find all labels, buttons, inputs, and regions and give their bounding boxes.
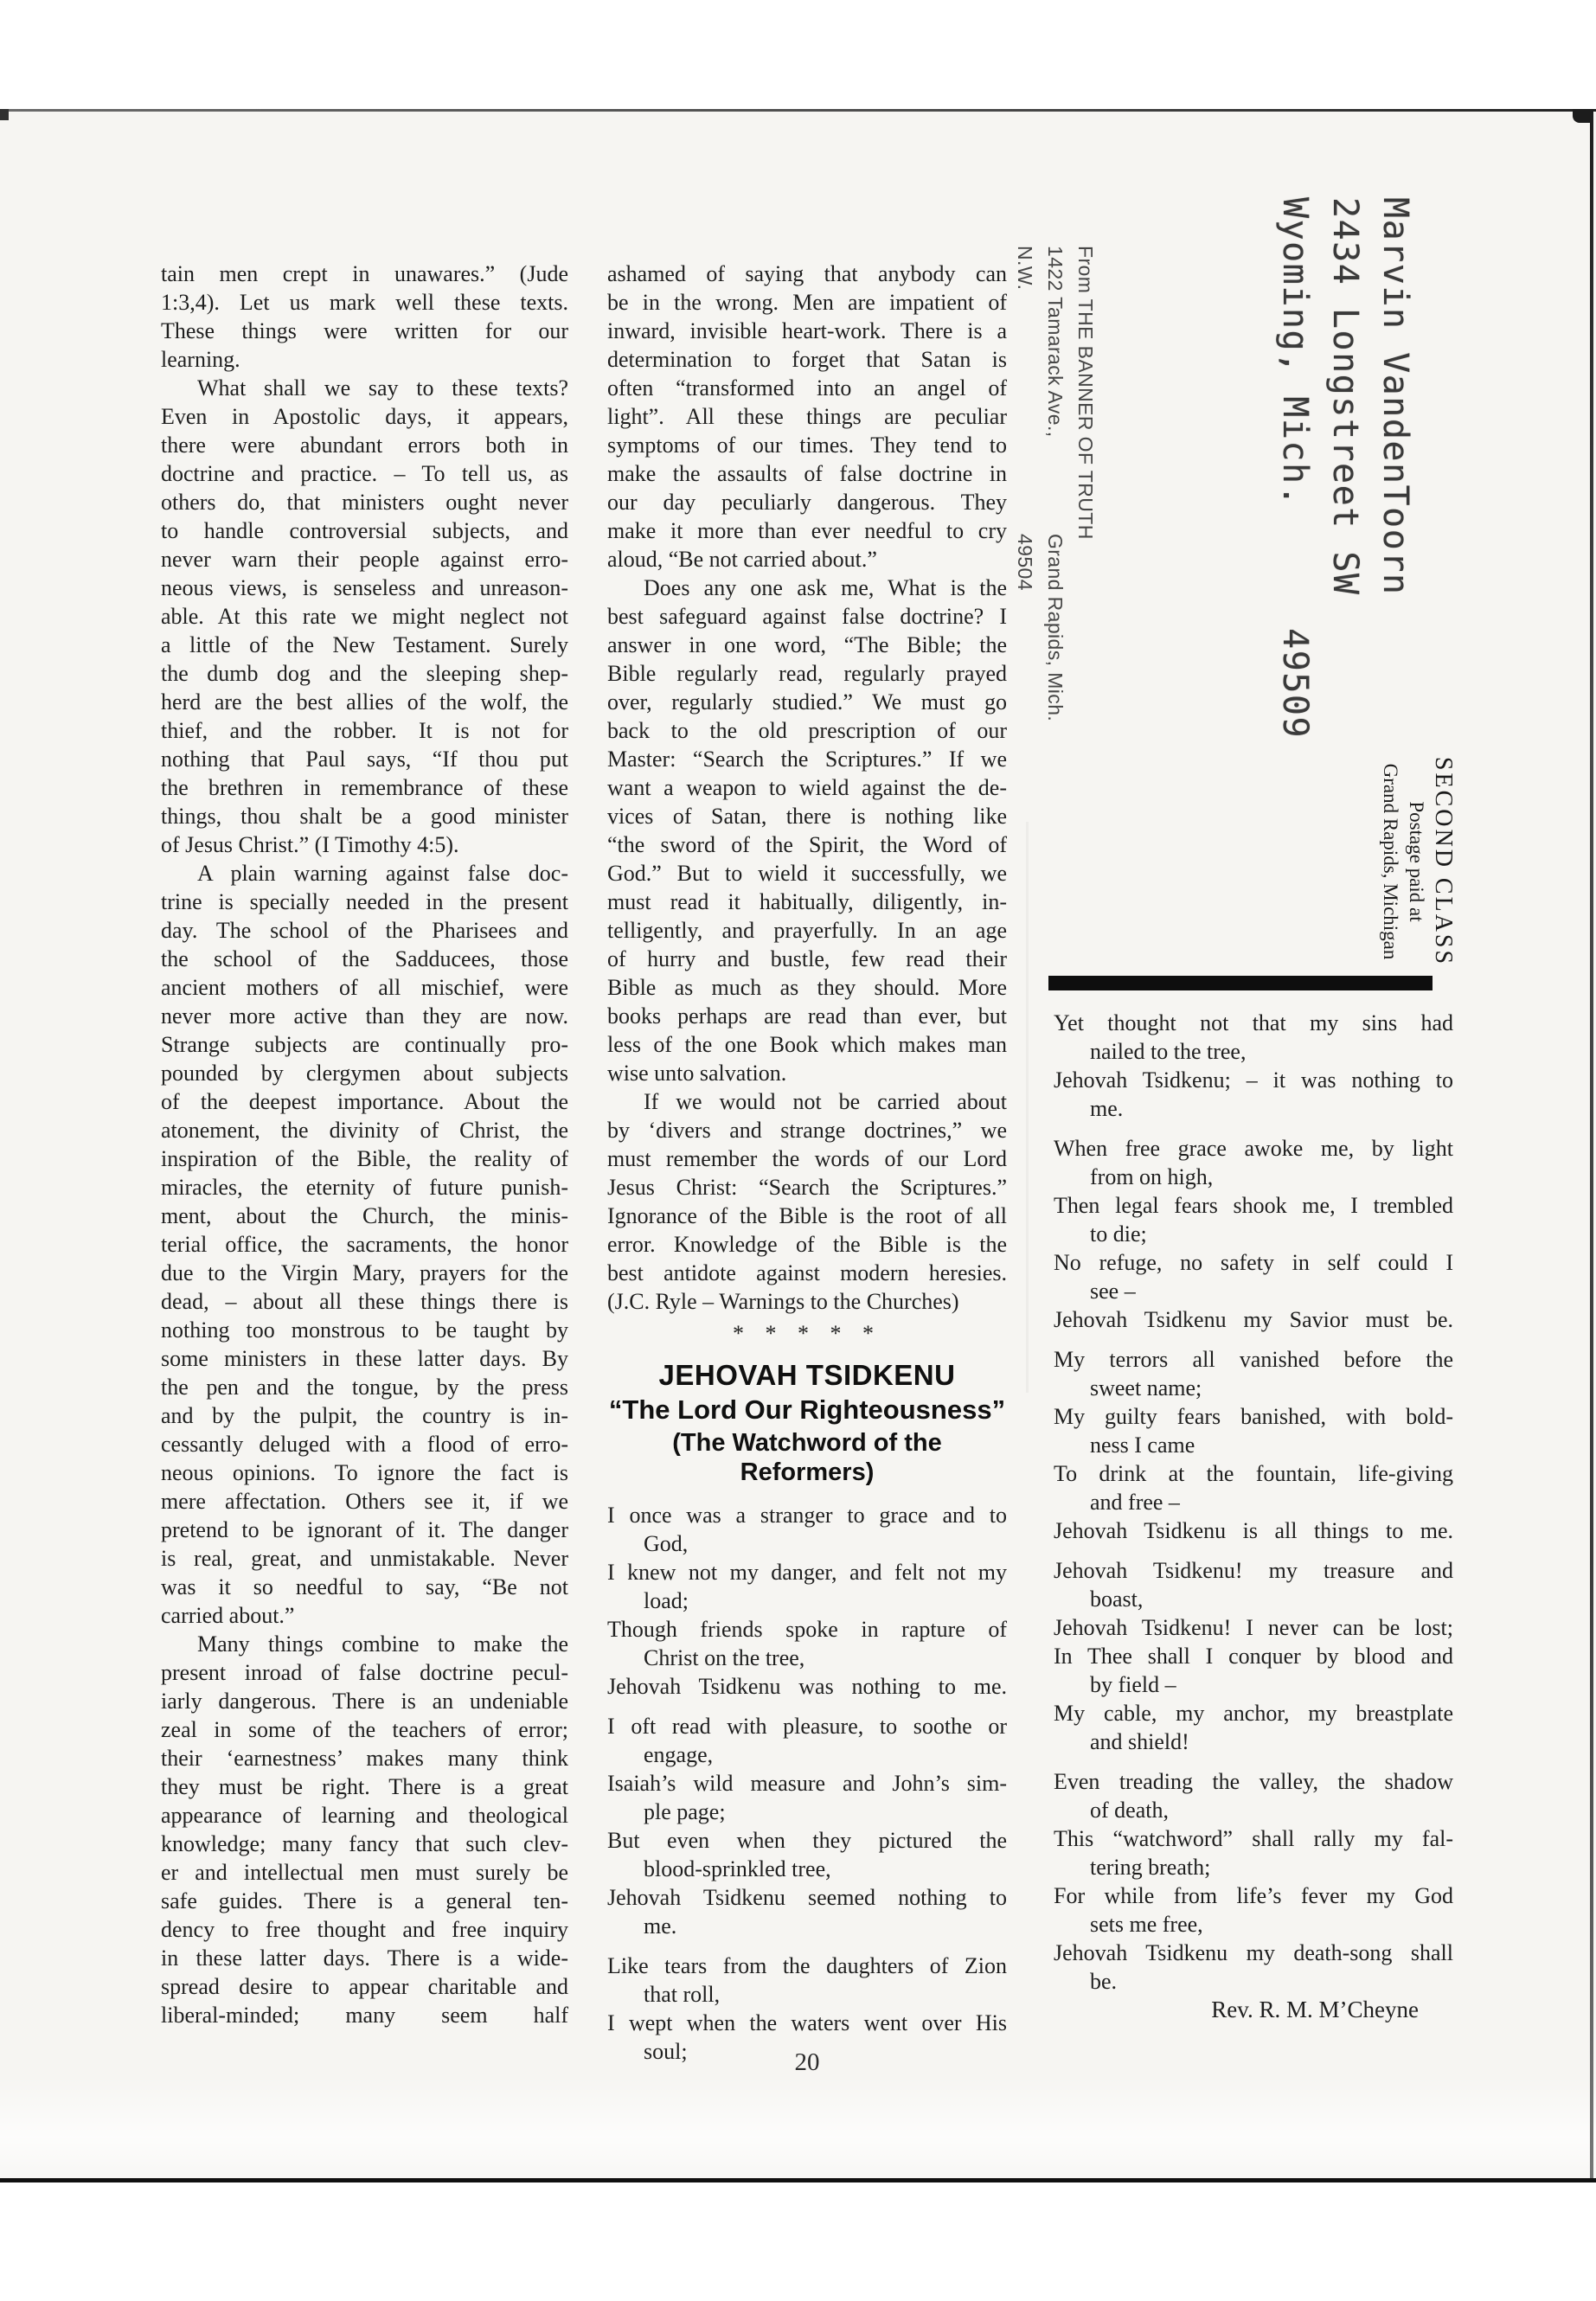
text-line: Bible regularly read, regularly prayed [607, 659, 1007, 688]
text-line: Christ on the tree, [607, 1644, 1007, 1672]
text-line: er and intellectual men must surely be [161, 1858, 568, 1887]
text-line: ment, about the Church, the minis- [161, 1202, 568, 1230]
text-line: Jehovah Tsidkenu my Savior must be. [1054, 1305, 1453, 1334]
poem-stanza: I oft read with pleasure, to soothe oren… [607, 1712, 1007, 1940]
text-line: Jehovah Tsidkenu was nothing to me. [607, 1672, 1007, 1701]
text-line: appearance of learning and theological [161, 1801, 568, 1830]
text-line: best antidote against modern heresies. [607, 1259, 1007, 1287]
text-line: terial office, the sacraments, the honor [161, 1230, 568, 1259]
text-line: tering breath; [1054, 1853, 1453, 1881]
text-line: be in the wrong. Men are impatient of [607, 288, 1007, 317]
text-line: safe guides. There is a general ten- [161, 1887, 568, 1915]
text-line: sets me free, [1054, 1910, 1453, 1939]
sender-line-1: From THE BANNER OF TRUTH [1070, 246, 1100, 782]
text-line: determination to forget that Satan is [607, 345, 1007, 374]
text-line: sweet name; [1054, 1374, 1453, 1402]
text-line: telligently, and prayerfully. In an age [607, 916, 1007, 945]
text-line: I knew not my danger, and felt not my [607, 1558, 1007, 1586]
poem-subtitle: “The Lord Our Righteousness” [607, 1394, 1007, 1425]
poem-attribution: Rev. R. M. M’Cheyne [1054, 1996, 1453, 2024]
text-line: ness I came [1054, 1431, 1453, 1459]
text-line: Many things combine to make the [161, 1630, 568, 1658]
text-line: things, thou shalt be a good minister [161, 802, 568, 830]
text-line: trine is specially needed in the present [161, 888, 568, 916]
text-line: want a weapon to wield against the de- [607, 773, 1007, 802]
text-line: atonement, the divinity of Christ, the [161, 1116, 568, 1144]
text-line: due to the Virgin Mary, prayers for the [161, 1259, 568, 1287]
text-line: some ministers in these latter days. By [161, 1344, 568, 1373]
text-line: God.” But to wield it successfully, we [607, 859, 1007, 888]
text-line: and free – [1054, 1488, 1453, 1516]
text-line: inward, invisible heart-work. There is a [607, 317, 1007, 345]
text-line: they must be right. There is a great [161, 1772, 568, 1801]
column-gutter-shade [1026, 822, 1029, 1393]
text-line: I once was a stranger to grace and to [607, 1501, 1007, 1529]
text-line: is real, great, and unmistakable. Never [161, 1544, 568, 1573]
text-line: In Thee shall I conquer by blood and [1054, 1642, 1453, 1670]
asterisk-divider: * * * * * [607, 1319, 1007, 1348]
text-line: boast, [1054, 1585, 1453, 1613]
text-line: answer in one word, “The Bible; the [607, 631, 1007, 659]
text-line: God, [607, 1529, 1007, 1558]
text-line: iarly dangerous. There is an undeniable [161, 1687, 568, 1715]
postage-class: SECOND CLASS [1429, 753, 1457, 971]
text-line: aloud, “Be not carried about.” [607, 545, 1007, 574]
text-line: the dumb dog and the sleeping shep- [161, 659, 568, 688]
text-line: cessantly deluged with a flood of erro- [161, 1430, 568, 1458]
text-line: nailed to the tree, [1054, 1037, 1453, 1066]
text-line: I wept when the waters went over His [607, 2009, 1007, 2037]
text-line: never more active than they are now. [161, 1002, 568, 1030]
text-line: present inroad of false doctrine pecul- [161, 1658, 568, 1687]
text-line: tain men crept in unawares.” (Jude [161, 260, 568, 288]
text-line: error. Knowledge of the Bible is the [607, 1230, 1007, 1259]
text-line: to die; [1054, 1220, 1453, 1248]
text-line: For while from life’s fever my God [1054, 1881, 1453, 1910]
text-line: over, regularly studied.” We must go [607, 688, 1007, 716]
text-line: doctrine and practice. – To tell us, as [161, 459, 568, 488]
text-line: make the assaults of false doctrine in [607, 459, 1007, 488]
text-line: by field – [1054, 1670, 1453, 1699]
poem-stanzas-right: Yet thought not that my sins hadnailed t… [1054, 1009, 1453, 1996]
text-line: to handle controversial subjects, and [161, 516, 568, 545]
text-line: there were abundant errors both in [161, 431, 568, 459]
poem-title: JEHOVAH TSIDKENU [607, 1360, 1007, 1391]
text-line: “the sword of the Spirit, the Word of [607, 830, 1007, 859]
text-line: When free grace awoke me, by light [1054, 1134, 1453, 1163]
text-line: ancient mothers of all mischief, were [161, 973, 568, 1002]
poem-stanzas-middle: I once was a stranger to grace and toGod… [607, 1501, 1007, 2066]
text-line: ple page; [607, 1798, 1007, 1826]
page-number: 20 [607, 2048, 1007, 2077]
text-line: liberal-minded; many seem half [161, 2001, 568, 2029]
poem-stanza: Jehovah Tsidkenu! my treasure andboast,J… [1054, 1556, 1453, 1756]
text-line: of the deepest importance. About the [161, 1087, 568, 1116]
recipient-city-zip: Wyoming, Mich. 49509 [1270, 197, 1320, 820]
text-line: never warn their people against erro- [161, 545, 568, 574]
text-line: from on high, [1054, 1163, 1453, 1191]
text-line: ashamed of saying that anybody can [607, 260, 1007, 288]
text-line: herd are the best allies of the wolf, th… [161, 688, 568, 716]
text-line: Jehovah Tsidkenu is all things to me. [1054, 1516, 1453, 1545]
text-line: If we would not be carried about [607, 1087, 1007, 1116]
text-line: 1:3,4). Let us mark well these texts. [161, 288, 568, 317]
text-line: light”. All these things are peculiar [607, 402, 1007, 431]
text-line: and by the pulpit, the country is in- [161, 1401, 568, 1430]
article-prose: ashamed of saying that anybody canbe in … [607, 260, 1007, 1316]
text-line: Jehovah Tsidkenu my death-song shall [1054, 1939, 1453, 1967]
text-line: I oft read with pleasure, to soothe or [607, 1712, 1007, 1740]
text-line: dead, – about all these things there is [161, 1287, 568, 1316]
text-line: My guilty fears banished, with bold- [1054, 1402, 1453, 1431]
text-line: the school of the Sadducees, those [161, 945, 568, 973]
text-line: neous opinions. To ignore the fact is [161, 1458, 568, 1487]
text-line: Yet thought not that my sins had [1054, 1009, 1453, 1037]
postage-city: Grand Rapids, Michigan [1377, 753, 1403, 971]
text-line: No refuge, no safety in self could I [1054, 1248, 1453, 1277]
text-line: by ‘divers and strange doctrines,” we [607, 1116, 1007, 1144]
text-line: me. [1054, 1094, 1453, 1123]
text-line: nothing that Paul says, “If thou put [161, 745, 568, 773]
text-line: learning. [161, 345, 568, 374]
text-line: Isaiah’s wild measure and John’s sim- [607, 1769, 1007, 1798]
text-line: knowledge; many fancy that such clev- [161, 1830, 568, 1858]
poem-stanza: When free grace awoke me, by lightfrom o… [1054, 1134, 1453, 1334]
text-line: in these latter days. There is a wide- [161, 1944, 568, 1972]
text-line: wise unto salvation. [607, 1059, 1007, 1087]
text-line: Even in Apostolic days, it appears, [161, 402, 568, 431]
postage-paid-at: Postage paid at [1403, 753, 1429, 971]
poem-stanza: Even treading the valley, the shadowof d… [1054, 1767, 1453, 1996]
recipient-zip: 49509 [1270, 628, 1320, 739]
text-line: of death, [1054, 1796, 1453, 1824]
sender-city: Grand Rapids, Mich. 49504 [1010, 534, 1070, 782]
text-line: engage, [607, 1740, 1007, 1769]
text-line: Jehovah Tsidkenu; – it was nothing to [1054, 1066, 1453, 1094]
article-column-left: tain men crept in unawares.” (Jude1:3,4)… [161, 260, 568, 2029]
text-line: Ignorance of the Bible is the root of al… [607, 1202, 1007, 1230]
text-line: These things were written for our [161, 317, 568, 345]
text-line: back to the old prescription of our [607, 716, 1007, 745]
text-line: Like tears from the daughters of Zion [607, 1952, 1007, 1980]
text-line: blood-sprinkled tree, [607, 1855, 1007, 1883]
text-line: vices of Satan, there is nothing like [607, 802, 1007, 830]
text-line: Even treading the valley, the shadow [1054, 1767, 1453, 1796]
text-line: dency to free thought and free inquiry [161, 1915, 568, 1944]
text-line: A plain warning against false doc- [161, 859, 568, 888]
text-line: Master: “Search the Scriptures.” If we [607, 745, 1007, 773]
text-line: me. [607, 1912, 1007, 1940]
text-line: pounded by clergymen about subjects [161, 1059, 568, 1087]
poem-stanza: I once was a stranger to grace and toGod… [607, 1501, 1007, 1701]
text-line: our day peculiarly dangerous. They [607, 488, 1007, 516]
text-line: of Jesus Christ.” (I Timothy 4:5). [161, 830, 568, 859]
text-line: carried about.” [161, 1601, 568, 1630]
text-line: Does any one ask me, What is the [607, 574, 1007, 602]
text-line: was it so needful to say, “Be not [161, 1573, 568, 1601]
text-line: Jesus Christ: “Search the Scriptures.” [607, 1173, 1007, 1202]
text-line: Bible as much as they should. More [607, 973, 1007, 1002]
top-edge-rule [0, 109, 1596, 112]
text-line: able. At this rate we might neglect not [161, 602, 568, 631]
scan-artifact-band [0, 2076, 1596, 2178]
scanned-magazine-page: tain men crept in unawares.” (Jude1:3,4)… [0, 0, 1596, 2301]
sender-line-2: 1422 Tamarack Ave., N.W. Grand Rapids, M… [1010, 246, 1070, 782]
poem-subsubtitle: (The Watchword of the Reformers) [607, 1428, 1007, 1487]
text-line: What shall we say to these texts? [161, 374, 568, 402]
text-line: thief, and the robber. It is not for [161, 716, 568, 745]
text-line: Jehovah Tsidkenu! my treasure and [1054, 1556, 1453, 1585]
text-line: spread desire to appear charitable and [161, 1972, 568, 2001]
postage-notice-rotated: SECOND CLASS Postage paid at Grand Rapid… [1377, 753, 1457, 971]
text-line: others do, that ministers ought never [161, 488, 568, 516]
top-left-corner-mark [0, 109, 9, 120]
poem-column-right: Yet thought not that my sins hadnailed t… [1054, 1009, 1453, 2024]
text-line: a little of the New Testament. Surely [161, 631, 568, 659]
text-line: Jehovah Tsidkenu! I never can be lost; [1054, 1613, 1453, 1642]
poem-stanza: Yet thought not that my sins hadnailed t… [1054, 1009, 1453, 1123]
text-line: less of the one Book which makes man [607, 1030, 1007, 1059]
sender-address-rotated: From THE BANNER OF TRUTH 1422 Tamarack A… [1010, 246, 1100, 782]
text-line: must read it habitually, diligently, in- [607, 888, 1007, 916]
text-line: best safeguard against false doctrine? I [607, 602, 1007, 631]
article-column-middle: ashamed of saying that anybody canbe in … [607, 260, 1007, 2066]
text-line: Strange subjects are continually pro- [161, 1030, 568, 1059]
text-line: mere affectation. Others see it, if we [161, 1487, 568, 1516]
text-line: pretend to be ignorant of it. The danger [161, 1516, 568, 1544]
text-line: the pen and the tongue, by the press [161, 1373, 568, 1401]
text-line: symptoms of our times. They tend to [607, 431, 1007, 459]
text-line: of hurry and bustle, few read their [607, 945, 1007, 973]
text-line: (J.C. Ryle – Warnings to the Churches) [607, 1287, 1007, 1316]
text-line: Then legal fears shook me, I trembled [1054, 1191, 1453, 1220]
text-line: and shield! [1054, 1727, 1453, 1756]
text-line: books perhaps are read than ever, but [607, 1002, 1007, 1030]
address-separator-bar [1048, 976, 1433, 990]
text-line: This “watchword” shall rally my fal- [1054, 1824, 1453, 1853]
text-line: Jehovah Tsidkenu seemed nothing to [607, 1883, 1007, 1912]
text-line: To drink at the fountain, life-giving [1054, 1459, 1453, 1488]
recipient-address-rotated: Marvin VandenToorn 2434 Longstreet SW Wy… [1270, 197, 1420, 820]
text-line: often “transformed into an angel of [607, 374, 1007, 402]
text-line: My terrors all vanished before the [1054, 1345, 1453, 1374]
text-line: load; [607, 1586, 1007, 1615]
text-line: miracles, the eternity of future punish- [161, 1173, 568, 1202]
bottom-edge-rule [0, 2178, 1596, 2182]
text-line: that roll, [607, 1980, 1007, 2009]
recipient-city: Wyoming, Mich. [1270, 197, 1320, 507]
text-line: But even when they pictured the [607, 1826, 1007, 1855]
text-line: be. [1054, 1967, 1453, 1996]
text-line: see – [1054, 1277, 1453, 1305]
text-line: nothing too monstrous to be taught by [161, 1316, 568, 1344]
recipient-street: 2434 Longstreet SW [1320, 197, 1370, 820]
text-line: neous views, is senseless and unreason- [161, 574, 568, 602]
text-line: My cable, my anchor, my breastplate [1054, 1699, 1453, 1727]
text-line: day. The school of the Pharisees and [161, 916, 568, 945]
text-line: make it more than ever needful to cry [607, 516, 1007, 545]
text-line: their ‘earnestness’ makes many think [161, 1744, 568, 1772]
right-edge-rule [1590, 109, 1593, 2180]
poem-stanza: My terrors all vanished before thesweet … [1054, 1345, 1453, 1545]
text-line: the brethren in remembrance of these [161, 773, 568, 802]
text-line: zeal in some of the teachers of error; [161, 1715, 568, 1744]
sender-street: 1422 Tamarack Ave., N.W. [1010, 246, 1070, 485]
text-line: must remember the words of our Lord [607, 1144, 1007, 1173]
text-line: Though friends spoke in rapture of [607, 1615, 1007, 1644]
text-line: inspiration of the Bible, the reality of [161, 1144, 568, 1173]
recipient-name: Marvin VandenToorn [1370, 197, 1420, 820]
